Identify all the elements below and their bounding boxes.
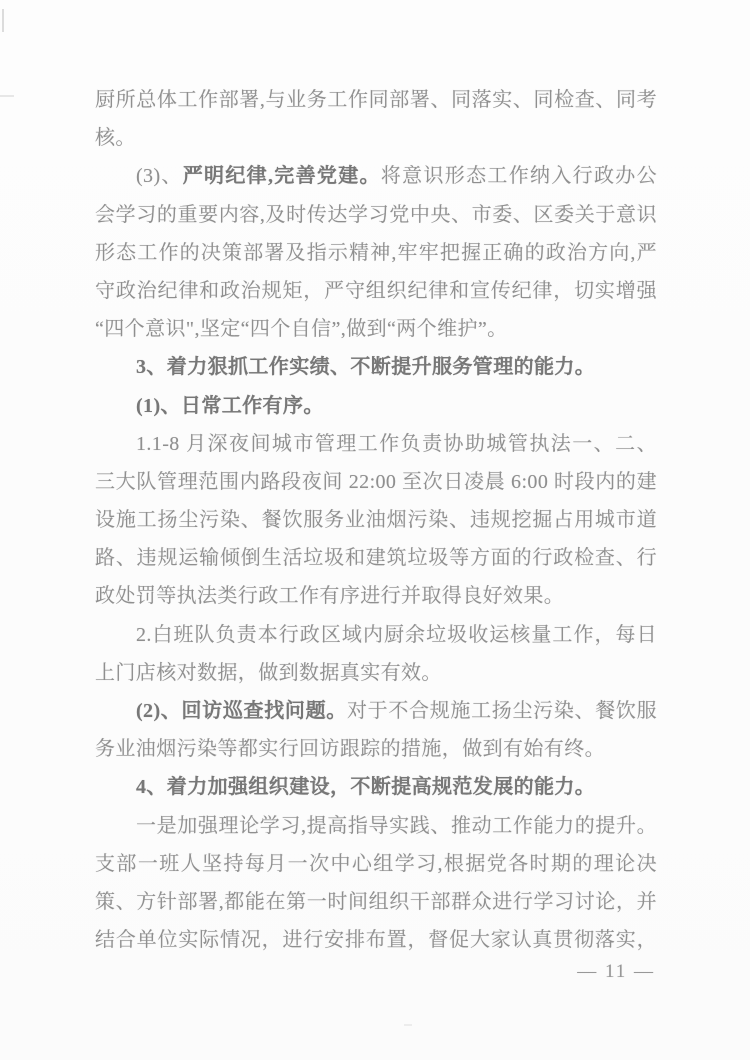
- text-segment: 形态工作的决策部署及指示精神,牢牢把握正确的政治方向,严: [95, 242, 657, 264]
- text-line: 2.白班队负责本行政区域内厨余垃圾收运核量工作，每日: [95, 616, 657, 654]
- text-line: 1.1-8 月深夜间城市管理工作负责协助城管执法一、二、: [95, 425, 657, 463]
- text-line: 设施工扬尘污染、餐饮服务业油烟污染、违规挖掘占用城市道: [95, 501, 657, 539]
- text-line: 结合单位实际情况，进行安排布置，督促大家认真贯彻落实，: [95, 921, 657, 959]
- text-line: 策、方针部署,都能在第一时间组织干部群众进行学习讨论，并: [95, 883, 657, 921]
- text-segment: 一是加强理论学习,提高指导实践、推动工作能力的提升。: [136, 815, 657, 837]
- text-segment: 路、违规运输倾倒生活垃圾和建筑垃圾等方面的行政检查、行: [95, 547, 657, 569]
- text-line: 守政治纪律和政治规矩，严守组织纪律和宣传纪律，切实增强: [95, 272, 657, 310]
- text-line: 务业油烟污染等都实行回访跟踪的措施，做到有始有终。: [95, 730, 657, 768]
- text-line: 上门店核对数据，做到数据真实有效。: [95, 654, 657, 692]
- scanned-document-page: 厨所总体工作部署,与业务工作同部署、同落实、同检查、同考核。(3)、严明纪律,完…: [0, 0, 750, 1060]
- text-segment: 将意识形态工作纳入行政办公: [381, 165, 657, 187]
- text-segment: 结合单位实际情况，进行安排布置，督促大家认真贯彻落实，: [95, 929, 657, 951]
- text-line: 政处罚等执法类行政工作有序进行并取得良好效果。: [95, 577, 657, 615]
- text-segment: (3)、: [136, 165, 183, 187]
- text-segment: “四个意识",坚定“四个自信”,做到“两个维护”。: [95, 318, 508, 340]
- text-segment: 守政治纪律和政治规矩，严守组织纪律和宣传纪律，切实增强: [95, 280, 657, 302]
- text-line: (3)、严明纪律,完善党建。将意识形态工作纳入行政办公: [95, 157, 657, 195]
- text-segment: 核。: [95, 127, 136, 149]
- bold-text-segment: 严明纪律,完善党建。: [183, 165, 381, 187]
- text-line: 厨所总体工作部署,与业务工作同部署、同落实、同检查、同考: [95, 81, 657, 119]
- text-line: 4、着力加强组织建设，不断提高规范发展的能力。: [95, 768, 657, 806]
- text-line: 一是加强理论学习,提高指导实践、推动工作能力的提升。: [95, 807, 657, 845]
- text-line: “四个意识",坚定“四个自信”,做到“两个维护”。: [95, 310, 657, 348]
- text-segment: 设施工扬尘污染、餐饮服务业油烟污染、违规挖掘占用城市道: [95, 509, 657, 531]
- text-line: 三大队管理范围内路段夜间 22:00 至次日凌晨 6:00 时段内的建: [95, 463, 657, 501]
- text-line: (2)、回访巡查找问题。对于不合规施工扬尘污染、餐饮服: [95, 692, 657, 730]
- scan-artifact-edge-line: [2, 9, 4, 32]
- text-segment: 会学习的重要内容,及时传达学习党中央、市委、区委关于意识: [95, 204, 657, 226]
- text-line: 路、违规运输倾倒生活垃圾和建筑垃圾等方面的行政检查、行: [95, 539, 657, 577]
- scan-artifact-dot: [404, 1024, 412, 1026]
- text-segment: 厨所总体工作部署,与业务工作同部署、同落实、同检查、同考: [95, 89, 657, 111]
- text-segment: 政处罚等执法类行政工作有序进行并取得良好效果。: [95, 585, 564, 607]
- text-segment: 对于不合规施工扬尘污染、餐饮服: [347, 700, 657, 722]
- text-segment: 支部一班人坚持每月一次中心组学习,根据党各时期的理论决: [95, 853, 657, 875]
- text-segment: 上门店核对数据，做到数据真实有效。: [95, 662, 442, 684]
- text-segment: 务业油烟污染等都实行回访跟踪的措施，做到有始有终。: [95, 738, 605, 760]
- text-line: 支部一班人坚持每月一次中心组学习,根据党各时期的理论决: [95, 845, 657, 883]
- bold-text-segment: (2)、回访巡查找问题。: [136, 700, 347, 722]
- text-segment: 2.白班队负责本行政区域内厨余垃圾收运核量工作，每日: [136, 624, 657, 646]
- text-line: 3、着力狠抓工作实绩、不断提升服务管理的能力。: [95, 348, 657, 386]
- document-body: 厨所总体工作部署,与业务工作同部署、同落实、同检查、同考核。(3)、严明纪律,完…: [95, 81, 657, 959]
- text-line: 核。: [95, 119, 657, 157]
- scan-artifact-edge-dash: [0, 95, 14, 97]
- text-line: 会学习的重要内容,及时传达学习党中央、市委、区委关于意识: [95, 196, 657, 234]
- text-segment: 三大队管理范围内路段夜间 22:00 至次日凌晨 6:00 时段内的建: [95, 471, 657, 493]
- page-number: — 11 —: [0, 961, 655, 983]
- text-segment: 策、方针部署,都能在第一时间组织干部群众进行学习讨论，并: [95, 891, 657, 913]
- bold-text-segment: (1)、日常工作有序。: [136, 395, 324, 417]
- text-segment: 1.1-8 月深夜间城市管理工作负责协助城管执法一、二、: [136, 433, 657, 455]
- text-line: (1)、日常工作有序。: [95, 387, 657, 425]
- bold-text-segment: 4、着力加强组织建设，不断提高规范发展的能力。: [136, 776, 595, 798]
- bold-text-segment: 3、着力狠抓工作实绩、不断提升服务管理的能力。: [136, 356, 595, 378]
- text-line: 形态工作的决策部署及指示精神,牢牢把握正确的政治方向,严: [95, 234, 657, 272]
